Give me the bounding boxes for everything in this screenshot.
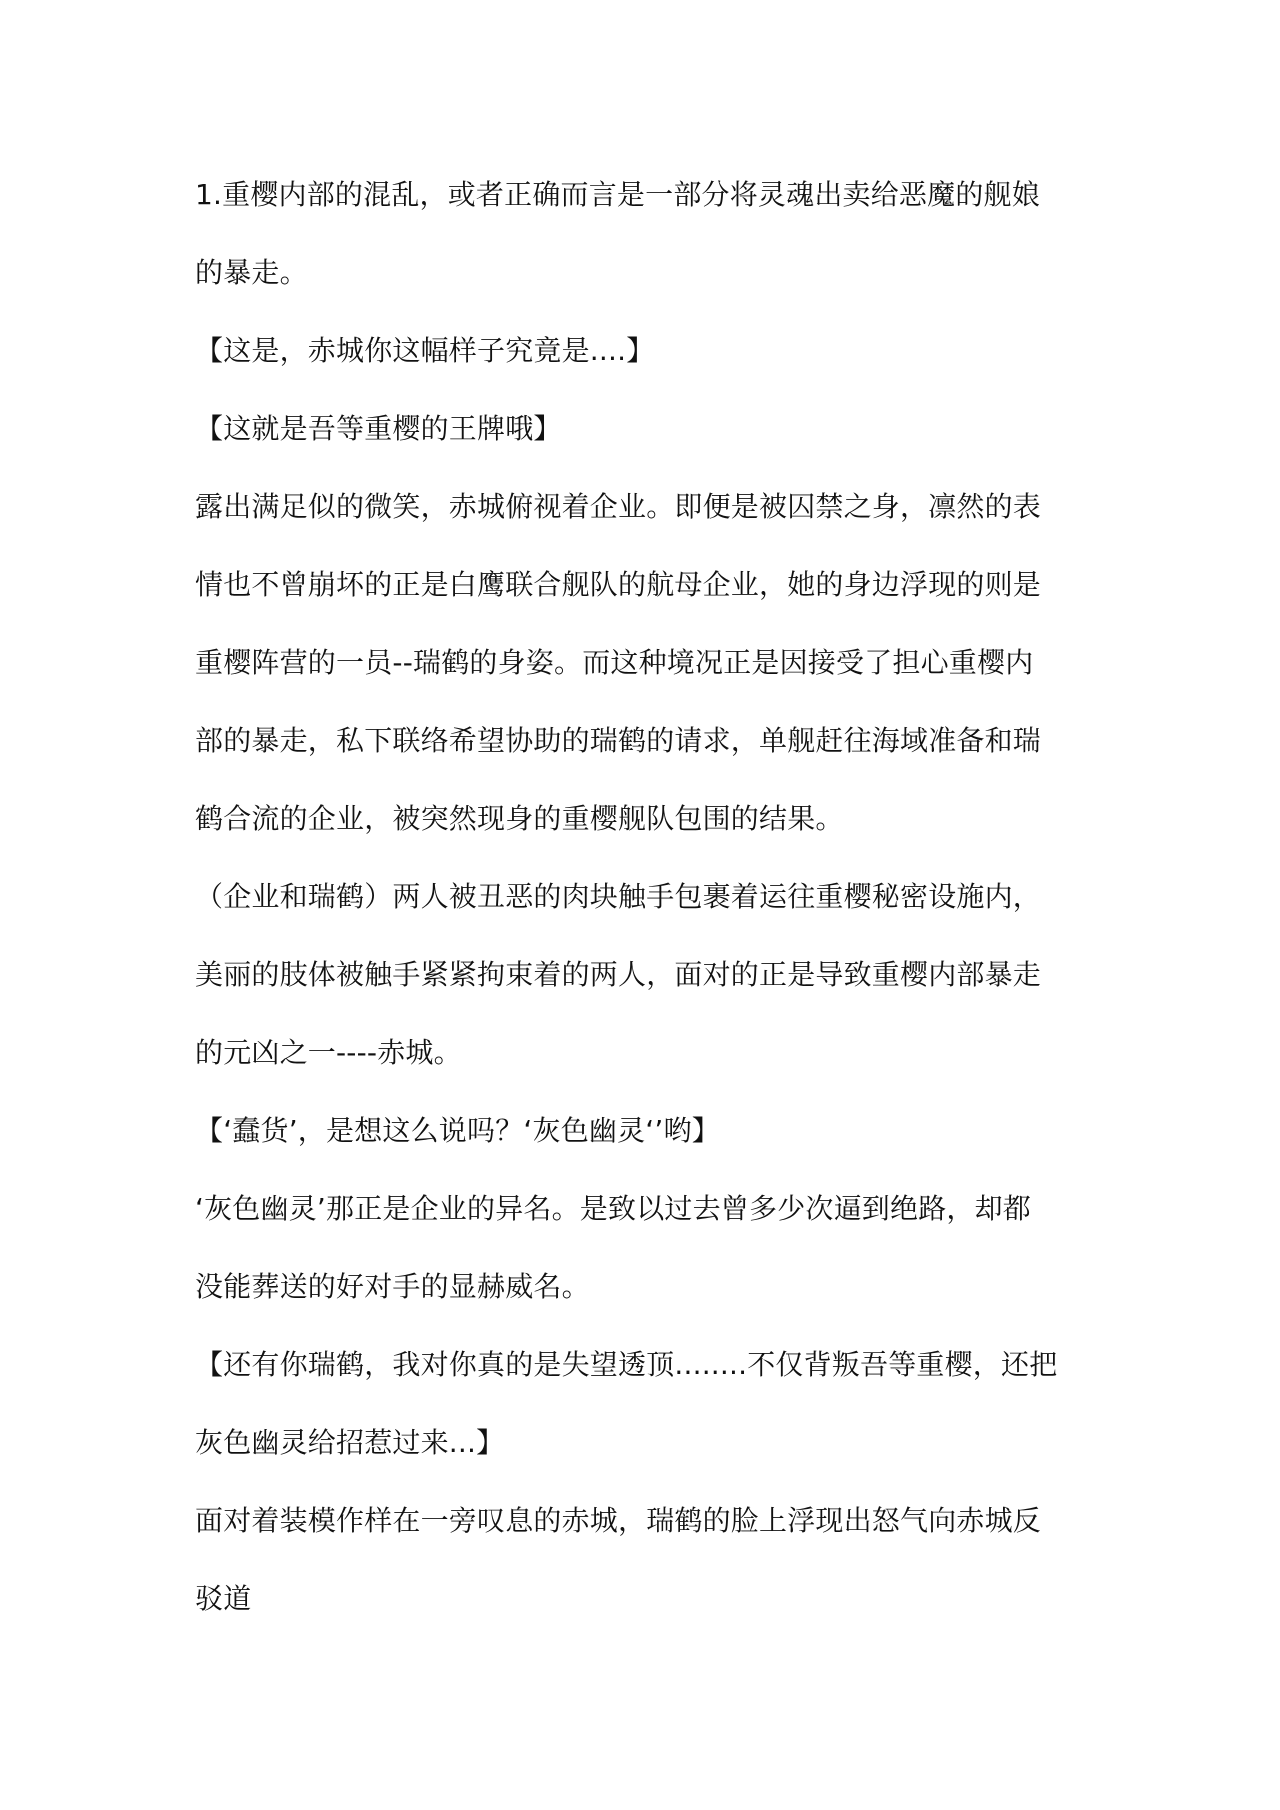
text-line-7: 重樱阵营的一员--瑞鹤的身姿。而这种境况正是因接受了担心重樱内 bbox=[195, 643, 1100, 721]
text-line-14: ‘灰色幽灵’那正是企业的异名。是致以过去曾多少次逼到绝路，却都 bbox=[195, 1189, 1100, 1267]
document-page: 1.重樱内部的混乱，或者正确而言是一部分将灵魂出卖给恶魔的舰娘 的暴走。 【这是… bbox=[0, 0, 1280, 1810]
text-line-19: 驳道 bbox=[195, 1579, 1100, 1657]
text-line-6: 情也不曾崩坏的正是白鹰联合舰队的航母企业，她的身边浮现的则是 bbox=[195, 565, 1100, 643]
text-line-17: 灰色幽灵给招惹过来...】 bbox=[195, 1423, 1100, 1501]
text-line-18: 面对着装模作样在一旁叹息的赤城，瑞鹤的脸上浮现出怒气向赤城反 bbox=[195, 1501, 1100, 1579]
text-line-3: 【这是，赤城你这幅样子究竟是....】 bbox=[195, 331, 1100, 409]
text-line-4: 【这就是吾等重樱的王牌哦】 bbox=[195, 409, 1100, 487]
text-line-11: 美丽的肢体被触手紧紧拘束着的两人，面对的正是导致重樱内部暴走 bbox=[195, 955, 1100, 1033]
text-line-5: 露出满足似的微笑，赤城俯视着企业。即便是被囚禁之身，凛然的表 bbox=[195, 487, 1100, 565]
text-line-12: 的元凶之一----赤城。 bbox=[195, 1033, 1100, 1111]
text-line-1: 1.重樱内部的混乱，或者正确而言是一部分将灵魂出卖给恶魔的舰娘 bbox=[195, 175, 1100, 253]
text-line-16: 【还有你瑞鹤，我对你真的是失望透顶........不仅背叛吾等重樱，还把 bbox=[195, 1345, 1100, 1423]
text-line-15: 没能葬送的好对手的显赫威名。 bbox=[195, 1267, 1100, 1345]
text-line-2: 的暴走。 bbox=[195, 253, 1100, 331]
text-line-10: （企业和瑞鹤）两人被丑恶的肉块触手包裹着运往重樱秘密设施内， bbox=[195, 877, 1100, 955]
text-line-9: 鹤合流的企业，被突然现身的重樱舰队包围的结果。 bbox=[195, 799, 1100, 877]
text-line-8: 部的暴走，私下联络希望协助的瑞鹤的请求，单舰赶往海域准备和瑞 bbox=[195, 721, 1100, 799]
document-body: 1.重樱内部的混乱，或者正确而言是一部分将灵魂出卖给恶魔的舰娘 的暴走。 【这是… bbox=[195, 175, 1100, 1657]
text-line-13: 【‘蠢货’，是想这么说吗？‘灰色幽灵‘’哟】 bbox=[195, 1111, 1100, 1189]
